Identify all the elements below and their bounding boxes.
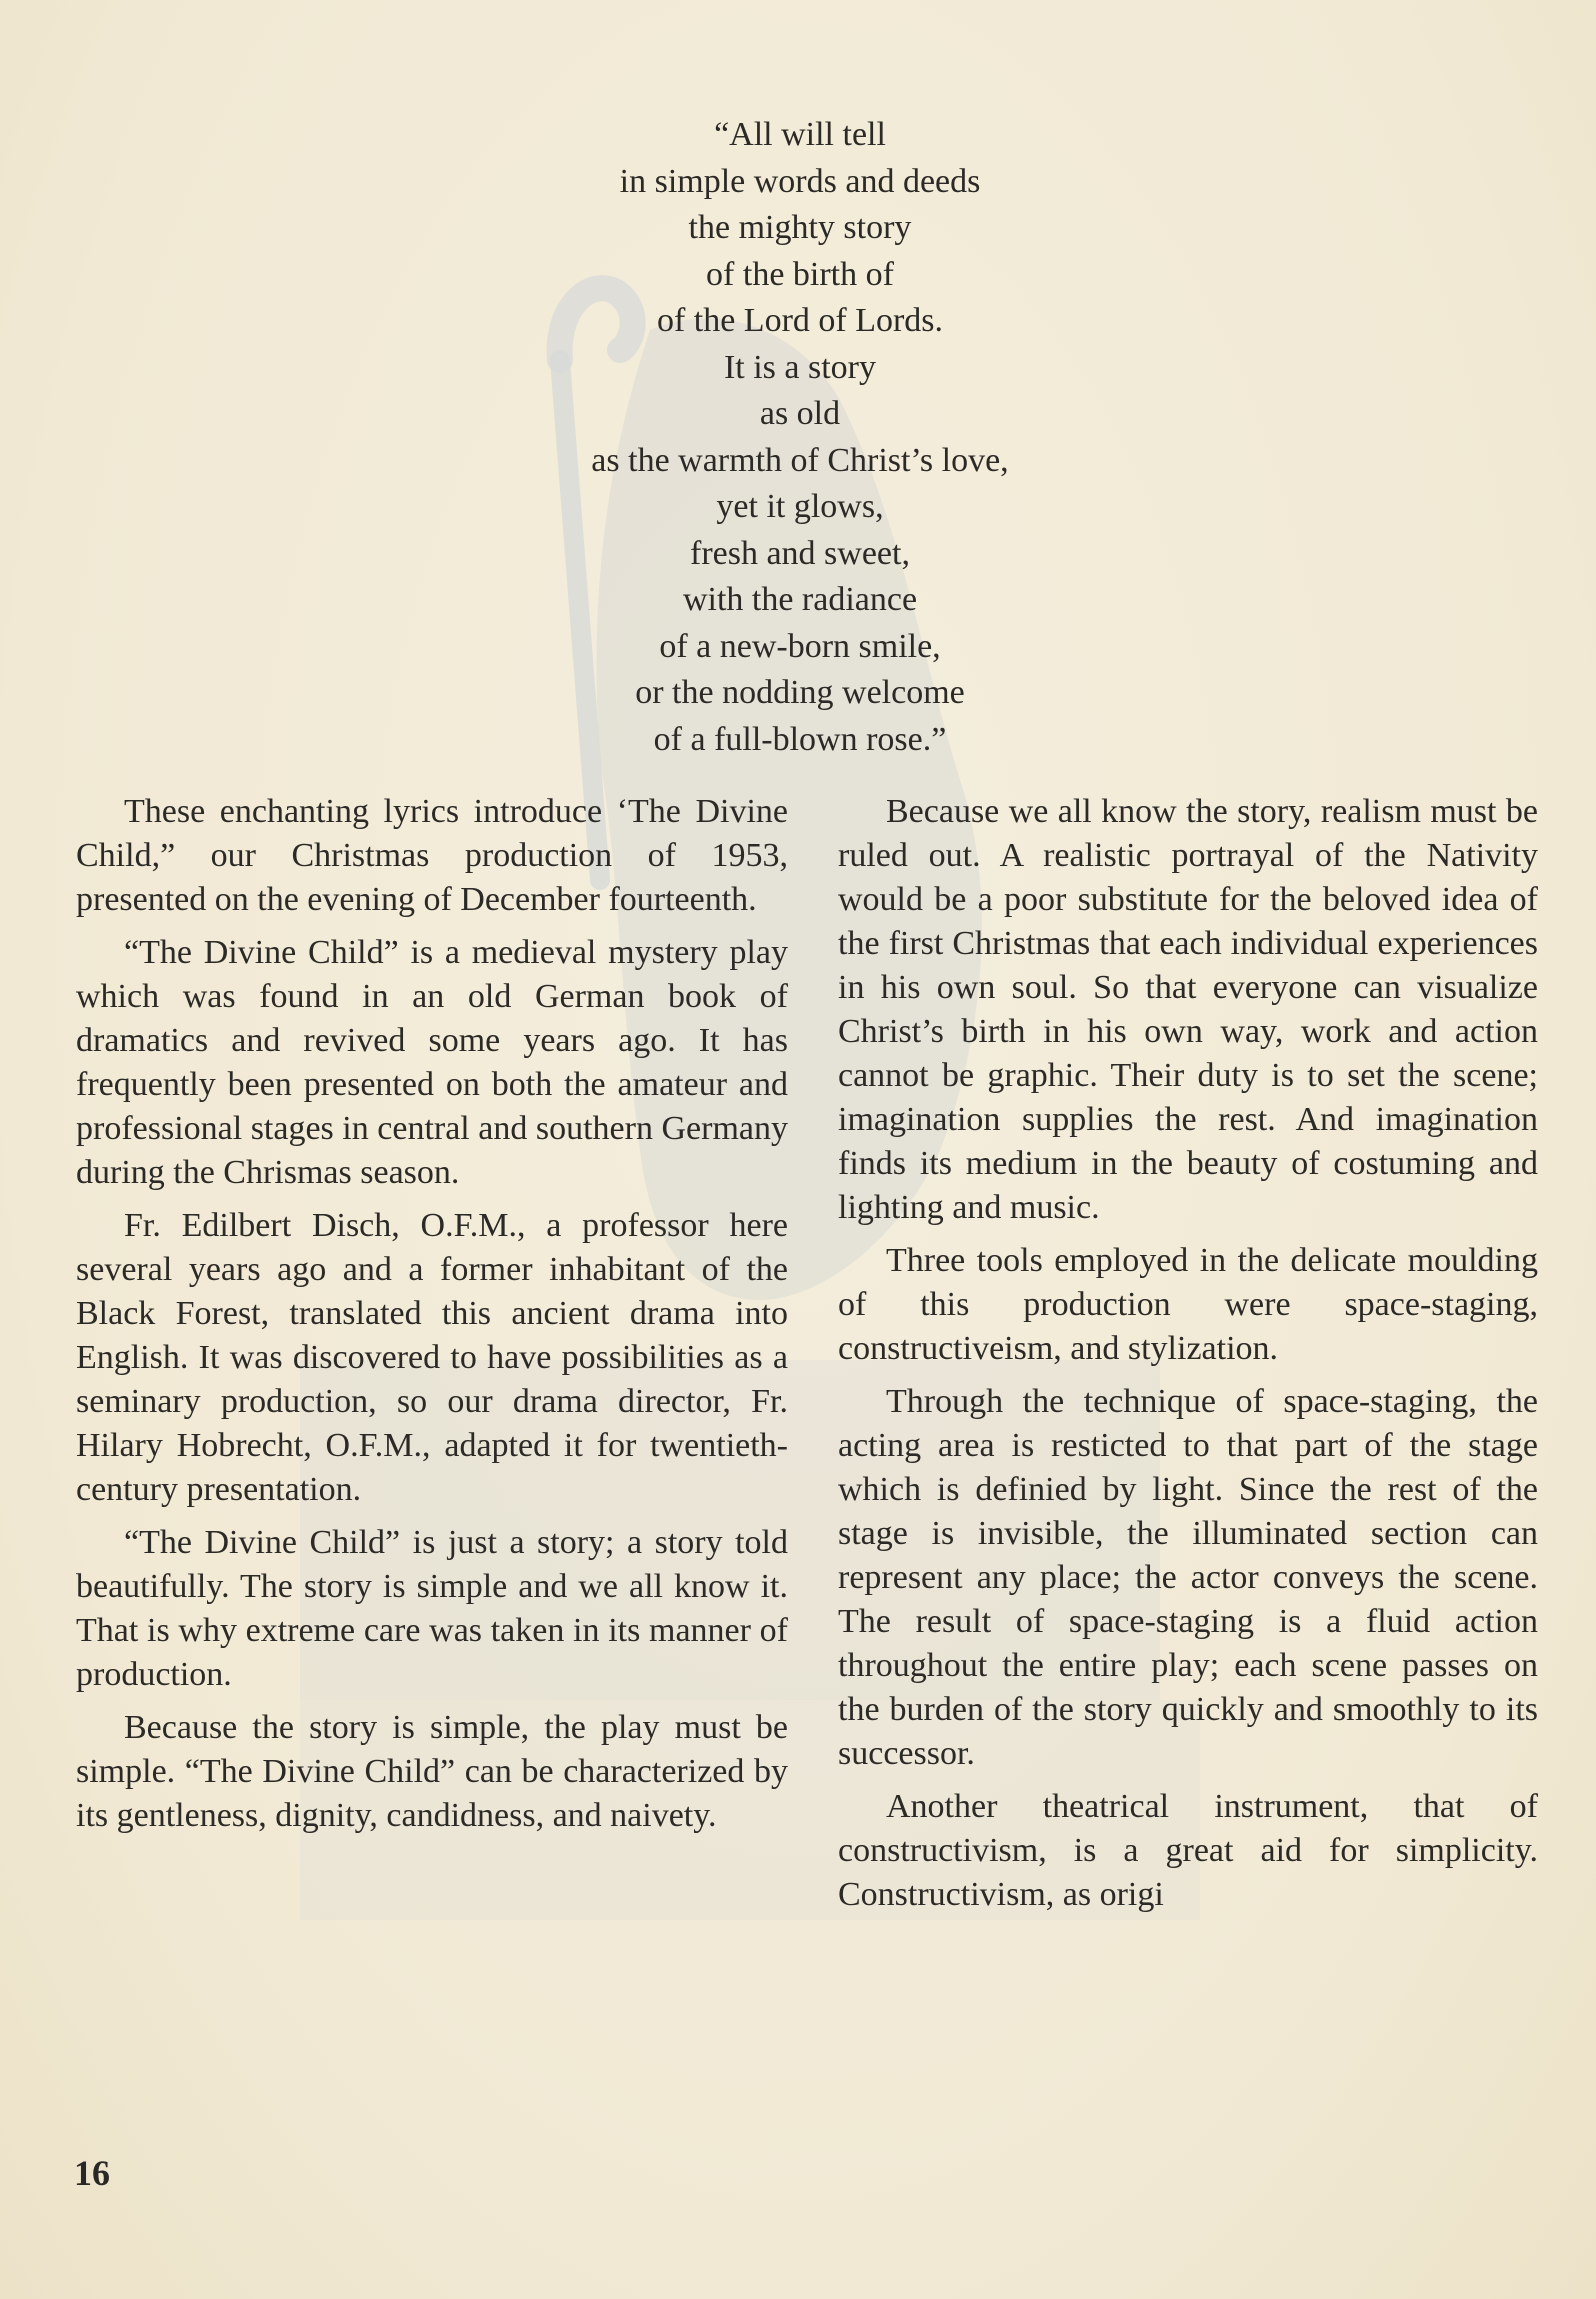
paragraph: Another theatrical instrument, that of c… [838, 1785, 1538, 1917]
paragraph: Because the story is simple, the play mu… [76, 1706, 788, 1838]
poem-line: the mighty story [500, 205, 1100, 252]
poem-line: “All will tell [500, 112, 1100, 159]
poem-line: with the radiance [500, 577, 1100, 624]
paragraph: Because we all know the story, real­ism … [838, 790, 1538, 1230]
left-column: These enchanting lyrics introduce ‘The D… [76, 790, 788, 1847]
paragraph: These enchanting lyrics introduce ‘The D… [76, 790, 788, 922]
poem-line: of the birth of [500, 252, 1100, 299]
paragraph: “The Divine Child” is a medieval mystery… [76, 931, 788, 1195]
page-number: 16 [74, 2152, 110, 2194]
paragraph: Through the technique of space-staging, … [838, 1380, 1538, 1776]
poem-line: as the warmth of Christ’s love, [500, 438, 1100, 485]
poem-line: of the Lord of Lords. [500, 298, 1100, 345]
poem-line: as old [500, 391, 1100, 438]
poem-line: yet it glows, [500, 484, 1100, 531]
poem-line: It is a story [500, 345, 1100, 392]
paragraph: “The Divine Child” is just a story; a st… [76, 1521, 788, 1697]
poem-line: of a full-blown rose.” [500, 717, 1100, 764]
poem-line: or the nodding welcome [500, 670, 1100, 717]
poem-line: fresh and sweet, [500, 531, 1100, 578]
paragraph: Fr. Edilbert Disch, O.F.M., a pro­fessor… [76, 1204, 788, 1512]
poem-line: in simple words and deeds [500, 159, 1100, 206]
paragraph: Three tools employed in the deli­cate mo… [838, 1239, 1538, 1371]
right-column: Because we all know the story, real­ism … [838, 790, 1538, 1926]
poem-line: of a new-born smile, [500, 624, 1100, 671]
opening-poem: “All will tell in simple words and deeds… [500, 112, 1100, 763]
